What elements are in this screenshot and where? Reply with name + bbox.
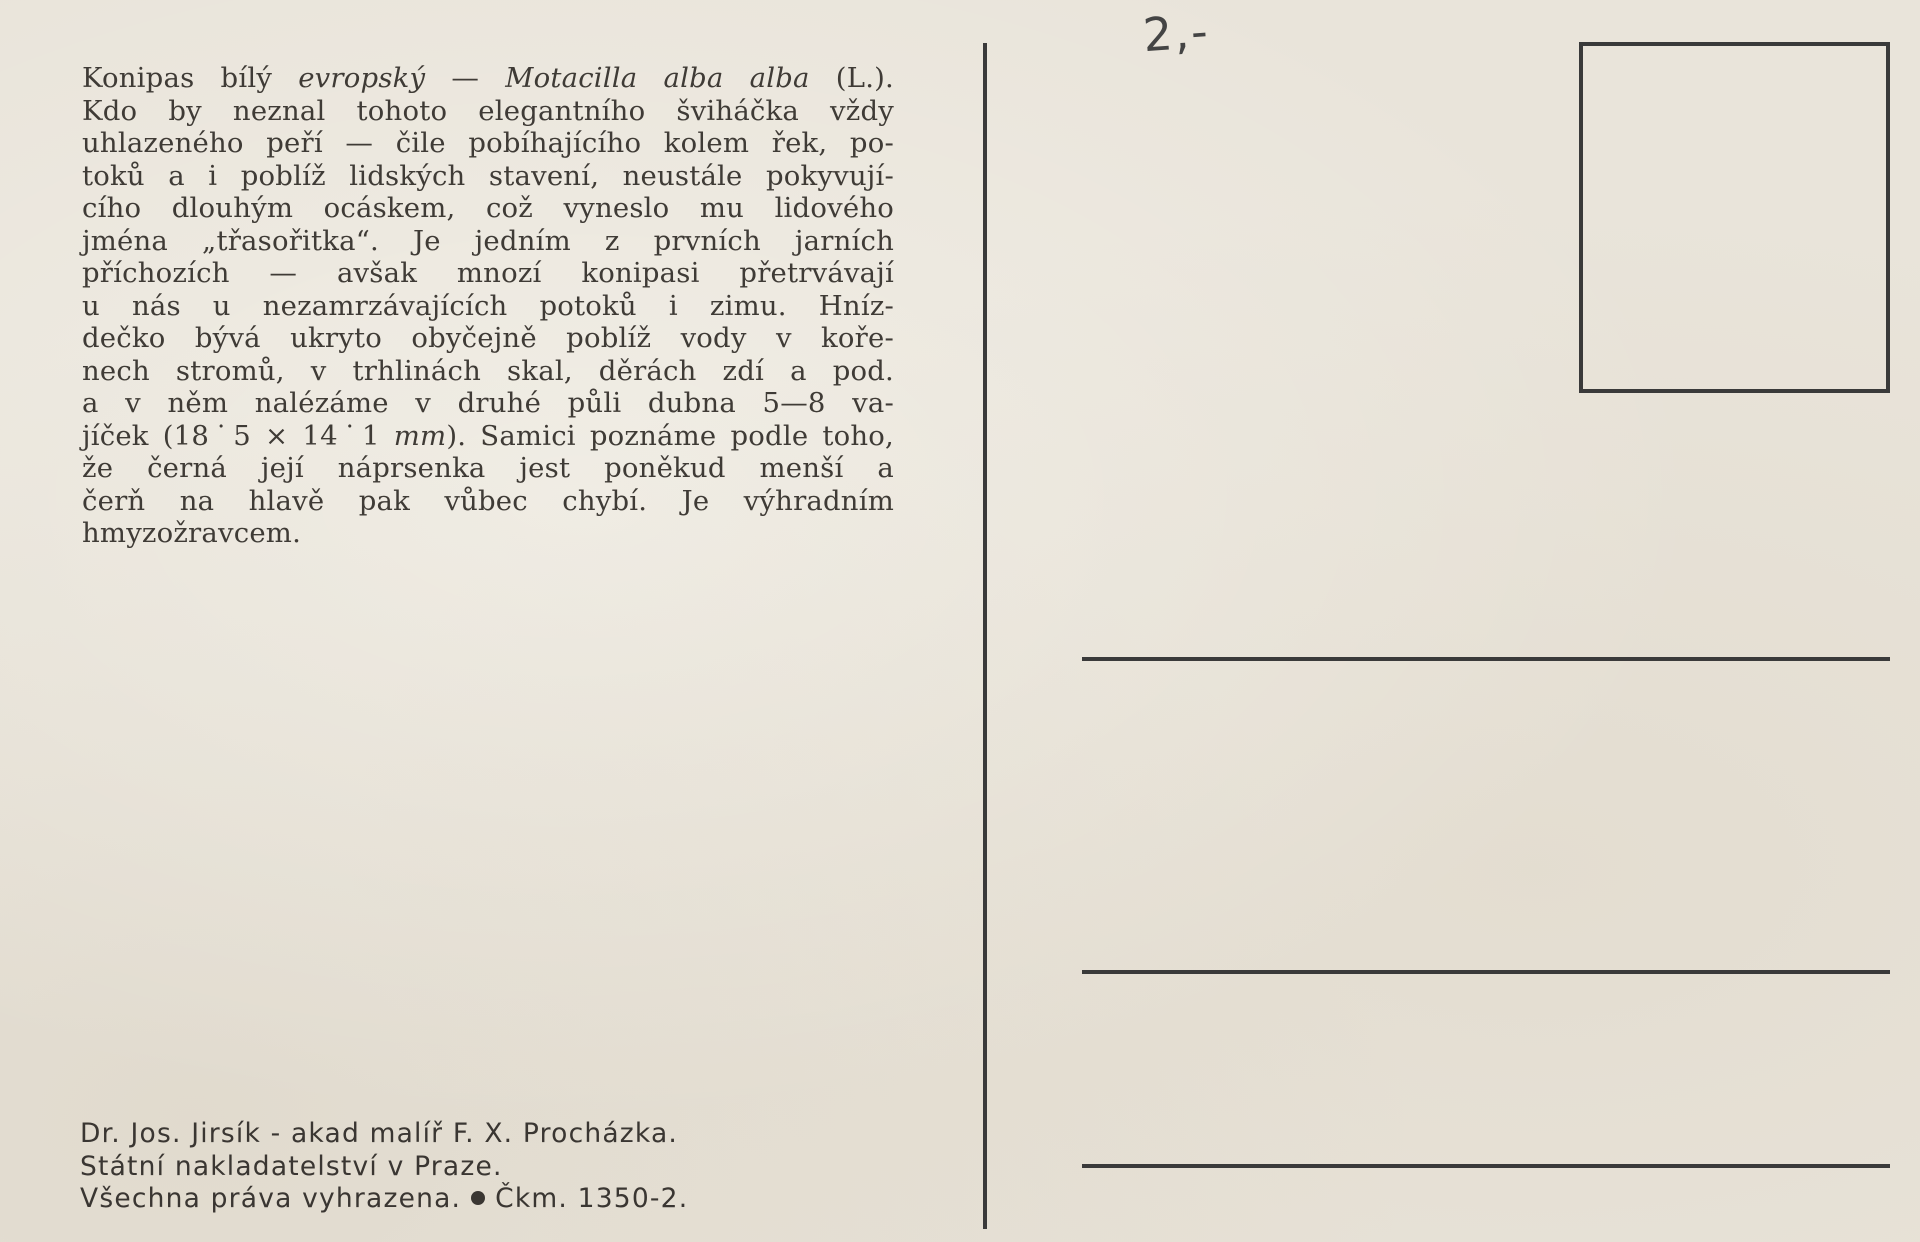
stamp-box — [1579, 42, 1890, 393]
description-line: Kdo by neznal tohoto elegantního šviháčk… — [82, 95, 894, 128]
description-line: Konipas bílý evropský — Motacilla alba a… — [82, 62, 894, 95]
description-line: čerň na hlavě pak vůbec chybí. Je výhrad… — [82, 485, 894, 518]
description-line: cího dlouhým ocáskem, což vyneslo mu lid… — [82, 192, 894, 225]
bullet-icon — [471, 1191, 485, 1205]
description-line: u nás u nezamrzávajících potoků i zimu. … — [82, 290, 894, 323]
publisher-name: Státní nakladatelství v Praze. — [80, 1151, 688, 1184]
postcard-back: 2,- Konipas bílý evropský — Motacilla al… — [0, 0, 1920, 1242]
rights-line: Všechna práva vyhrazena.Čkm. 1350-2. — [80, 1183, 688, 1216]
center-divider — [983, 43, 987, 1229]
description-line: příchozích — avšak mnozí konipasi přetrv… — [82, 257, 894, 290]
species-description: Konipas bílý evropský — Motacilla alba a… — [82, 62, 894, 550]
description-line: a v něm nalézáme v druhé půli dubna 5—8 … — [82, 387, 894, 420]
description-line: uhlazeného peří — čile pobíhajícího kole… — [82, 127, 894, 160]
description-line: nech stromů, v trhlinách skal, děrách zd… — [82, 355, 894, 388]
description-line: jíček (18˙5 × 14˙1 mm). Samici poznáme p… — [82, 420, 894, 453]
description-line: jména „třasořitka“. Je jedním z prvních … — [82, 225, 894, 258]
description-line: že černá její náprsenka jest poněkud men… — [82, 452, 894, 485]
author-credit: Dr. Jos. Jirsík - akad malíř F. X. Proch… — [80, 1118, 688, 1151]
address-line-1 — [1082, 657, 1890, 661]
publisher-credits: Dr. Jos. Jirsík - akad malíř F. X. Proch… — [80, 1118, 688, 1216]
address-line-2 — [1082, 970, 1890, 974]
handwritten-price: 2,- — [1141, 4, 1211, 63]
description-line: dečko bývá ukryto obyčejně poblíž vody v… — [82, 322, 894, 355]
address-line-3 — [1082, 1164, 1890, 1168]
description-line: hmyzožravcem. — [82, 517, 894, 550]
catalog-number: Čkm. 1350-2. — [495, 1183, 688, 1214]
description-line: toků a i poblíž lidských stavení, neustá… — [82, 160, 894, 193]
